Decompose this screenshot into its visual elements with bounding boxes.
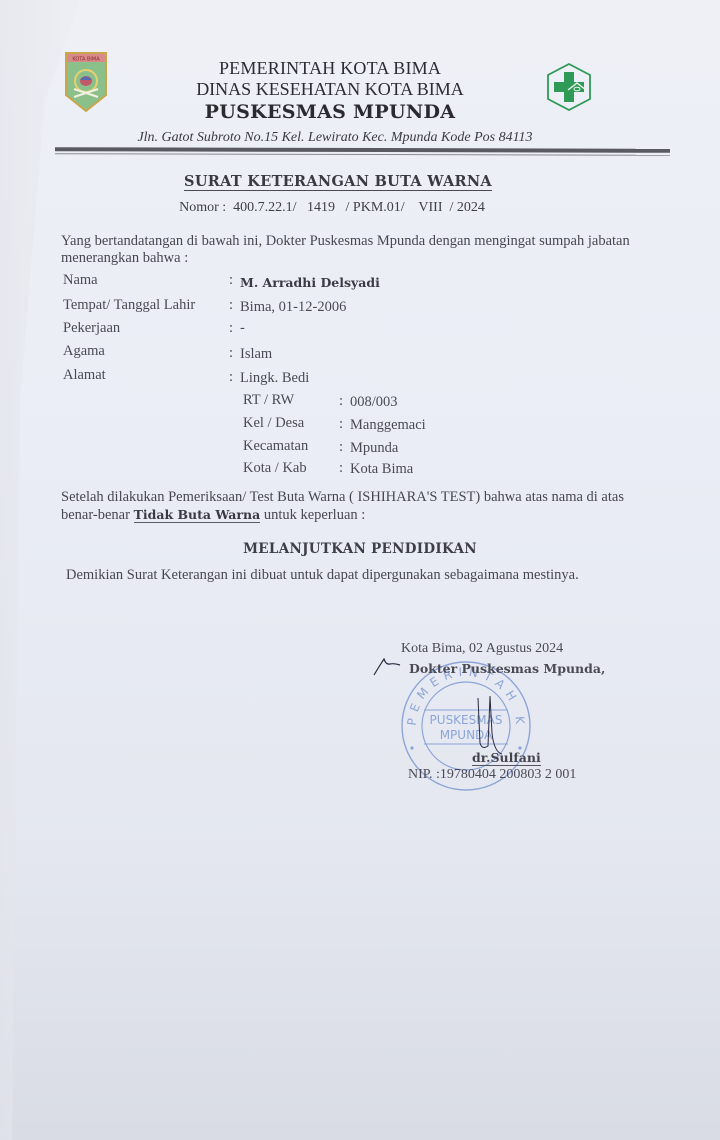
field-label-nama: Nama bbox=[63, 272, 98, 289]
header-government: PEMERINTAH KOTA BIMA bbox=[0, 58, 660, 79]
header-address: Jln. Gatot Subroto No.15 Kel. Lewirato K… bbox=[0, 130, 670, 146]
signature-name: dr.Sulfani bbox=[472, 750, 541, 766]
field-value-address: Lingk. Bedi bbox=[240, 370, 309, 387]
result-paragraph: Setelah dilakukan Pemeriksaan/ Test Buta… bbox=[61, 489, 661, 524]
field-colon: : bbox=[339, 393, 343, 410]
address-value-rtrw: 008/003 bbox=[350, 394, 398, 411]
closing-paragraph: Demikian Surat Keterangan ini dibuat unt… bbox=[66, 567, 626, 584]
address-value-kota: Kota Bima bbox=[350, 461, 413, 478]
result-text-end: untuk keperluan : bbox=[260, 507, 365, 523]
field-value-nama: M. Arradhi Delsyadi bbox=[240, 275, 380, 290]
document-title: SURAT KETERANGAN BUTA WARNA bbox=[0, 173, 676, 190]
field-colon: : bbox=[339, 416, 343, 433]
result-emphasis: Tidak Buta Warna bbox=[134, 507, 261, 523]
handwritten-signature-icon bbox=[468, 688, 508, 758]
header-divider bbox=[55, 147, 670, 153]
field-colon: : bbox=[339, 460, 343, 477]
field-colon: : bbox=[229, 297, 233, 314]
address-value-kecamatan: Mpunda bbox=[350, 440, 398, 457]
address-value-kelurahan: Manggemaci bbox=[350, 417, 426, 434]
intro-paragraph: Yang bertandatangan di bawah ini, Dokter… bbox=[61, 233, 661, 267]
signature-place-date: Kota Bima, 02 Agustus 2024 bbox=[401, 641, 563, 657]
address-label-kelurahan: Kel / Desa bbox=[243, 415, 304, 432]
header-institution: PUSKESMAS MPUNDA bbox=[0, 101, 660, 123]
purpose-heading: MELANJUTKAN PENDIDIKAN bbox=[0, 541, 720, 557]
field-colon: : bbox=[229, 272, 233, 289]
field-value-birth: Bima, 01-12-2006 bbox=[240, 299, 346, 316]
field-value-religion: Islam bbox=[240, 346, 272, 363]
field-colon: : bbox=[229, 345, 233, 362]
address-label-kecamatan: Kecamatan bbox=[243, 438, 308, 455]
field-value-occupation: - bbox=[240, 320, 245, 337]
field-label-address: Alamat bbox=[63, 367, 106, 384]
field-colon: : bbox=[229, 320, 233, 337]
address-label-rtrw: RT / RW bbox=[243, 392, 294, 409]
header-department: DINAS KESEHATAN KOTA BIMA bbox=[0, 79, 660, 100]
document-number: Nomor : 400.7.22.1/ 1419 / PKM.01/ VIII … bbox=[0, 200, 664, 216]
field-label-occupation: Pekerjaan bbox=[63, 320, 120, 337]
signature-role: Dokter Puskesmas Mpunda, bbox=[409, 661, 605, 676]
field-colon: : bbox=[229, 369, 233, 386]
field-label-religion: Agama bbox=[63, 343, 105, 360]
field-colon: : bbox=[339, 439, 343, 456]
address-label-kota: Kota / Kab bbox=[243, 460, 307, 477]
initial-paraf-icon bbox=[372, 655, 402, 677]
signature-nip: NIP. :19780404 200803 2 001 bbox=[408, 767, 576, 783]
header-divider-thin bbox=[55, 153, 670, 156]
document-title-text: SURAT KETERANGAN BUTA WARNA bbox=[184, 173, 492, 191]
field-label-birth: Tempat/ Tanggal Lahir bbox=[63, 297, 195, 314]
